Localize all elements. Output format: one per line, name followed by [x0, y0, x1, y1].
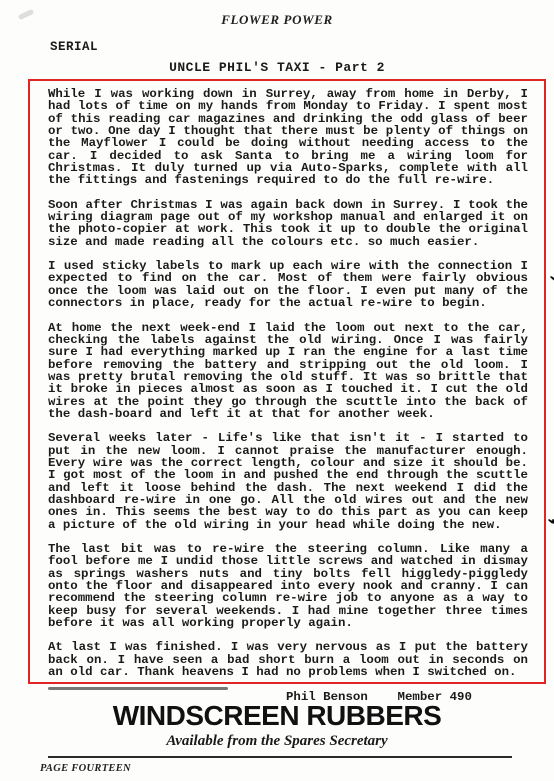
article-heading: UNCLE PHIL'S TAXI - Part 2: [0, 60, 554, 75]
article-paragraph: While I was working down in Surrey, away…: [48, 88, 528, 187]
article-paragraph: At last I was finished. I was very nervo…: [48, 641, 528, 678]
newsletter-title: FLOWER POWER: [0, 12, 554, 28]
article-paragraph: I used sticky labels to mark up each wir…: [48, 260, 528, 309]
serial-section-label: SERIAL: [50, 40, 98, 54]
article-paragraph: At home the next week-end I laid the loo…: [48, 322, 528, 421]
article-paragraph: Soon after Christmas I was again back do…: [48, 199, 528, 248]
article-paragraph: The last bit was to re-wire the steering…: [48, 543, 528, 629]
advert-title: WINDSCREEN RUBBERS: [0, 700, 554, 732]
article-red-border-box: While I was working down in Surrey, away…: [28, 79, 546, 684]
newsletter-page: FLOWER POWER SERIAL UNCLE PHIL'S TAXI - …: [0, 0, 554, 781]
advert-subtitle: Available from the Spares Secretary: [0, 733, 554, 750]
scan-shadow-mark: [48, 687, 228, 690]
page-number: PAGE FOURTEEN: [40, 763, 131, 774]
article-paragraph: Several weeks later - Life's like that i…: [48, 432, 528, 531]
footer-divider: [48, 756, 512, 758]
